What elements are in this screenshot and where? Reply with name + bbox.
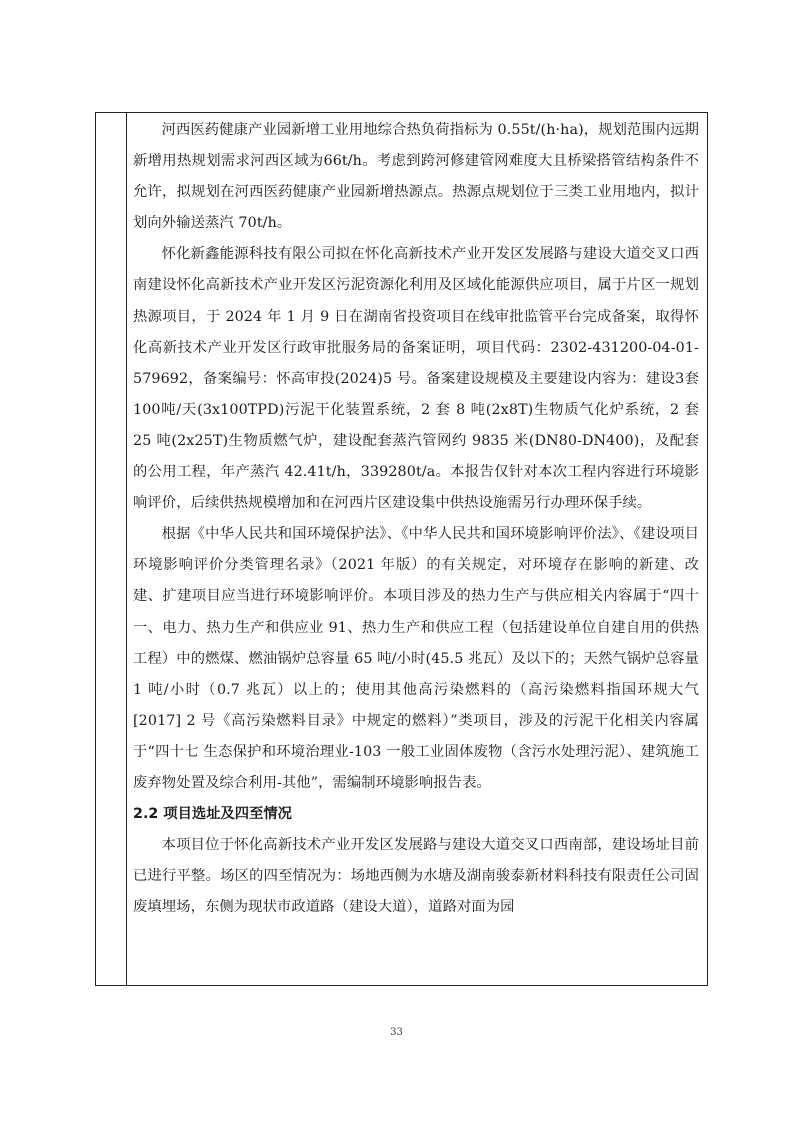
paragraph-site-location: 本项目位于怀化高新技术产业开发区发展路与建设大道交叉口西南部，建设场址目前已进行… <box>133 830 699 923</box>
paragraph-heat-demand: 河西医药健康产业园新增工业用地综合热负荷指标为 0.55t/(h·ha)，规划范… <box>133 115 699 239</box>
paragraph-project-filing: 怀化新鑫能源科技有限公司拟在怀化高新技术产业开发区发展路与建设大道交叉口西南建设… <box>133 239 699 519</box>
section-heading: 2.2 项目选址及四至情况 <box>133 799 699 830</box>
table-content-cell: 河西医药健康产业园新增工业用地综合热负荷指标为 0.55t/(h·ha)，规划范… <box>127 113 707 985</box>
content-table: 河西医药健康产业园新增工业用地综合热负荷指标为 0.55t/(h·ha)，规划范… <box>95 112 708 986</box>
table-label-column <box>96 113 127 985</box>
paragraph-legal-basis: 根据《中华人民共和国环境保护法》、《中华人民共和国环境影响评价法》、《建设项目环… <box>133 519 699 799</box>
page-number: 33 <box>0 1027 793 1038</box>
